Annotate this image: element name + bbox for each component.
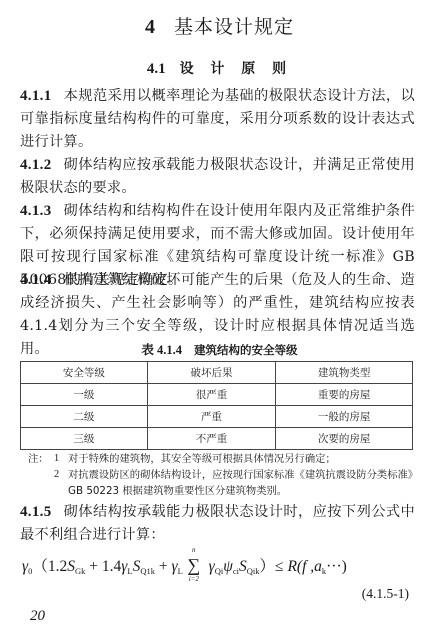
table-cell: 一般的房屋 [276,406,413,428]
formula-term: （1.2 [32,558,67,575]
clause-text: 砌体结构按承载能力极限状态设计时，应按下列公式中最不利组合进行计算： [20,504,415,543]
sum-symbol: ∑ [187,555,200,575]
note-text: 对于特殊的建筑物，其安全等级可根据具体情况另行确定； [68,451,336,467]
table-caption-text: 建筑结构的安全等级 [194,343,298,357]
table-cell: 次要的房屋 [276,428,413,450]
section-title-text: 设 计 原 则 [180,61,293,77]
clause-number: 4.1.3 [20,203,52,219]
page-number: 20 [30,608,45,625]
table-number: 表 4.1.4 [141,343,182,357]
chapter-title: 4基本设计规定 [0,12,439,39]
safety-grade-table: 安全等级 破坏后果 建筑物类型 一级 很严重 重要的房屋 二级 严重 一般的房屋… [20,361,413,450]
table-row: 三级 不严重 次要的房屋 [21,428,413,450]
clause-number: 4.1.1 [20,88,52,104]
table-caption: 表 4.1.4建筑结构的安全等级 [0,340,439,358]
s-symbol: S [67,558,75,575]
clause-number: 4.1.4 [20,272,52,288]
table-cell: 很严重 [147,384,276,406]
table-cell: 重要的房屋 [276,384,413,406]
summation-icon: n∑i=2 [183,555,205,576]
subscript: Q1k [140,566,155,576]
chapter-title-text: 基本设计规定 [174,16,294,38]
note-text: 对抗震设防区的砌体结构设计，应按现行国家标准《建筑抗震设防分类标准》GB 502… [68,467,418,499]
table-cell: 严重 [147,406,276,428]
clause-text: 砌体结构应按承载能力极限状态设计，并满足正常使用极限状态的要求。 [20,157,415,196]
s-symbol: S [239,558,247,575]
r-symbol: R [287,558,296,575]
clause-4-1-1: 4.1.1本规范采用以概率理论为基础的极限状态设计方法，以可靠指标度量结构构件的… [20,85,415,154]
table-cell: 三级 [21,428,148,450]
subscript: Qik [247,566,260,576]
table-header-cell: 建筑物类型 [276,362,413,384]
clause-number: 4.1.5 [20,504,52,520]
table-cell: 一级 [21,384,148,406]
note-item: 2 对抗震设防区的砌体结构设计，应按现行国家标准《建筑抗震设防分类标准》GB 5… [28,467,418,499]
table-cell: 二级 [21,406,148,428]
table-header-row: 安全等级 破坏后果 建筑物类型 [21,362,413,384]
clause-text: 本规范采用以概率理论为基础的极限状态设计方法，以可靠指标度量结构构件的可靠度，采… [20,88,415,150]
note-label: 注： [28,451,54,467]
formula-term: + 1.4 [85,558,121,575]
psi-symbol: ψ [223,558,233,575]
section-number: 4.1 [147,61,166,77]
sum-upper-limit: n [183,546,205,554]
subscript: Qi [215,566,224,576]
table-cell: 不严重 [147,428,276,450]
document-page: 4基本设计规定 4.1设 计 原 则 4.1.1本规范采用以概率理论为基础的极限… [0,0,439,635]
section-title: 4.1设 计 原 则 [0,58,439,78]
note-item: 注： 1 对于特殊的建筑物，其安全等级可根据具体情况另行确定； [28,451,418,467]
table-row: 一级 很严重 重要的房屋 [21,384,413,406]
equation-number: (4.1.5-1) [362,586,409,602]
subscript: Gk [75,566,85,576]
table-header-cell: 破坏后果 [147,362,276,384]
sum-lower-limit: i=2 [183,575,205,583]
note-index: 1 [54,451,68,467]
table-notes: 注： 1 对于特殊的建筑物，其安全等级可根据具体情况另行确定； 2 对抗震设防区… [28,451,418,499]
table-row: 二级 严重 一般的房屋 [21,406,413,428]
formula-term: ）≤ [260,558,288,575]
formula-term: + [155,558,172,575]
chapter-number: 4 [145,16,156,38]
clause-4-1-5: 4.1.5砌体结构按承载能力极限状态设计时，应按下列公式中最不利组合进行计算： [20,501,415,547]
clause-number: 4.1.2 [20,157,52,173]
table-header-cell: 安全等级 [21,362,148,384]
formula-term: ···) [326,558,347,575]
formula-term: (f ,a [297,558,322,575]
clause-4-1-2: 4.1.2砌体结构应按承载能力极限状态设计，并满足正常使用极限状态的要求。 [20,154,415,200]
note-index: 2 [54,467,68,499]
